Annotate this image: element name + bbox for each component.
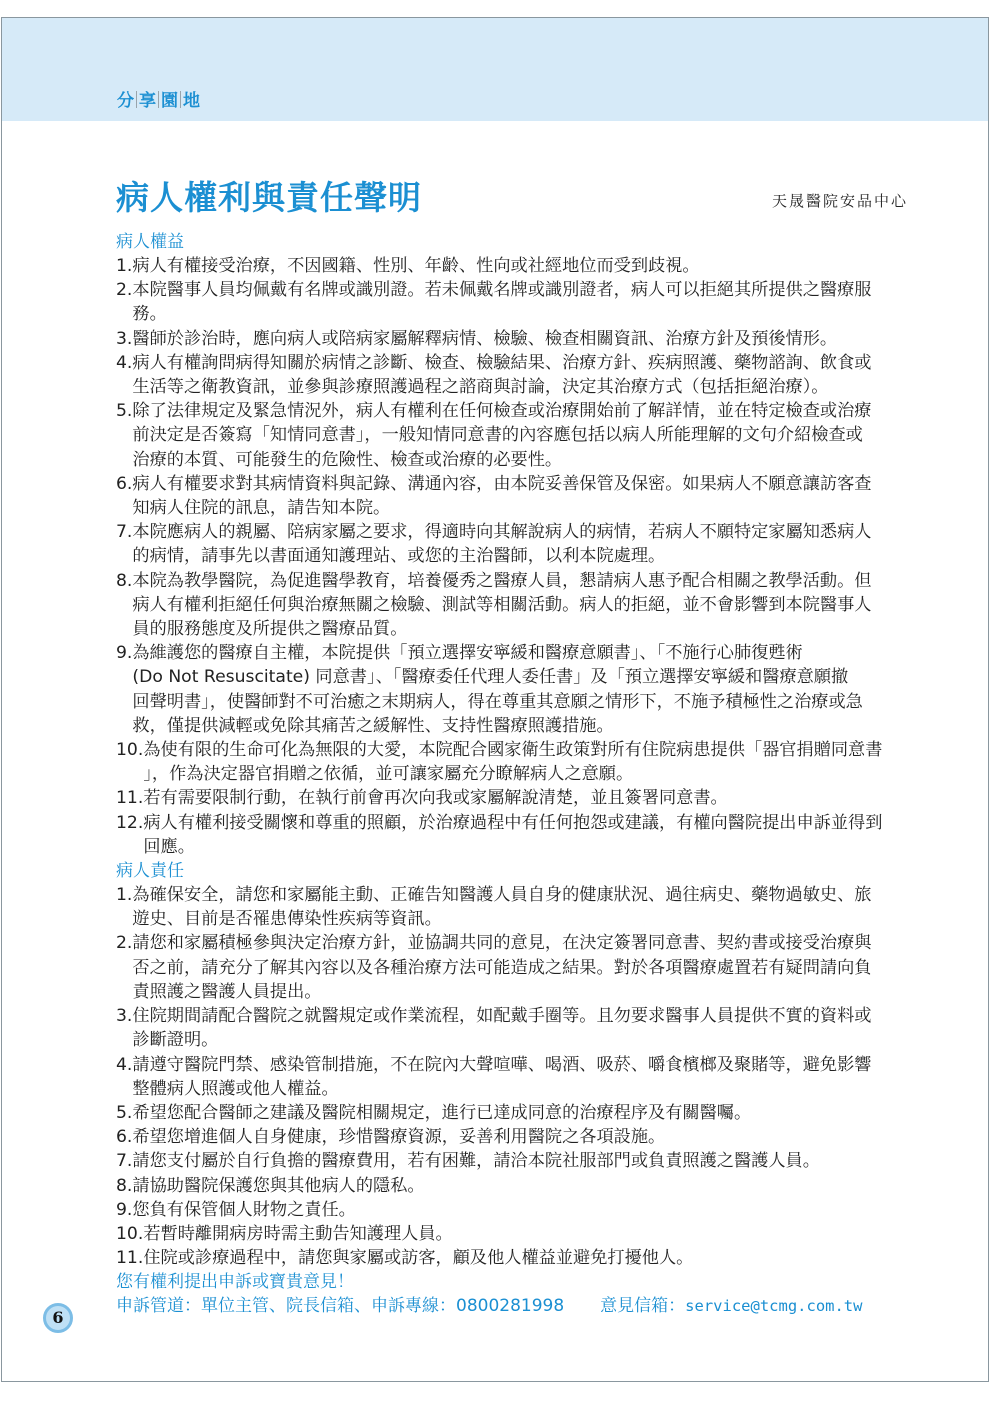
item-text-line: 務。 bbox=[132, 302, 916, 326]
list-item: 6.希望您增進個人自身健康，珍惜醫療資源，妥善利用醫院之各項設施。 bbox=[116, 1125, 916, 1149]
list-item: 3.住院期間請配合醫院之就醫規定或作業流程，如配戴手圈等。且勿要求醫事人員提供不… bbox=[116, 1004, 916, 1052]
item-number: 12. bbox=[116, 811, 143, 859]
item-text-line: 希望您增進個人自身健康，珍惜醫療資源，妥善利用醫院之各項設施。 bbox=[132, 1125, 916, 1149]
item-text-line: 診斷證明。 bbox=[132, 1028, 916, 1052]
divider bbox=[158, 91, 159, 108]
section-tag-char: 地 bbox=[182, 86, 201, 111]
item-text-line: 知病人住院的訊息，請告知本院。 bbox=[132, 496, 916, 520]
item-text-line: 希望您配合醫師之建議及醫院相關規定，進行已達成同意的治療程序及有關醫囑。 bbox=[132, 1101, 916, 1125]
hotline-number: 0800281998 bbox=[456, 1296, 564, 1316]
item-text-line: 為維護您的醫療自主權，本院提供「預立選擇安寧緩和醫療意願書」、「不施行心肺復甦術 bbox=[132, 641, 916, 665]
item-number: 4. bbox=[116, 351, 132, 399]
list-item: 1.病人有權接受治療，不因國籍、性別、年齡、性向或社經地位而受到歧視。 bbox=[116, 254, 916, 278]
item-number: 10. bbox=[116, 738, 143, 786]
list-item: 4.請遵守醫院門禁、感染管制措施，不在院內大聲喧嘩、喝酒、吸菸、嚼食檳榔及聚賭等… bbox=[116, 1053, 916, 1101]
item-text: 您負有保管個人財物之責任。 bbox=[132, 1198, 916, 1222]
item-text-line: 為確保安全，請您和家屬能主動、正確告知醫護人員自身的健康狀況、過往病史、藥物過敏… bbox=[132, 883, 916, 907]
page-title: 病人權利與責任聲明 bbox=[116, 172, 422, 219]
complaint-notice: 您有權利提出申訴或寶貴意見！ bbox=[116, 1270, 916, 1294]
item-text-line: 病人有權利接受關懷和尊重的照顧，於治療過程中有任何抱怨或建議，有權向醫院提出申訴… bbox=[143, 811, 916, 835]
author-credit: 天晟醫院安品中心 bbox=[772, 190, 908, 211]
section-tag-char: 分 bbox=[116, 86, 135, 111]
item-text-line: 病人有權接受治療，不因國籍、性別、年齡、性向或社經地位而受到歧視。 bbox=[132, 254, 916, 278]
item-text-line: 若有需要限制行動，在執行前會再次向我或家屬解說清楚，並且簽署同意書。 bbox=[143, 786, 916, 810]
item-text-line: 若暫時離開病房時需主動告知護理人員。 bbox=[143, 1222, 916, 1246]
list-item: 10.為使有限的生命可化為無限的大愛，本院配合國家衛生政策對所有住院病患提供「器… bbox=[116, 738, 916, 786]
item-text-line: (Do Not Resuscitate) 同意書」、「醫療委任代理人委任書」及「… bbox=[132, 665, 916, 689]
item-number: 6. bbox=[116, 1125, 132, 1149]
page-number-badge: 6 bbox=[43, 1303, 73, 1333]
list-item: 7.本院應病人的親屬、陪病家屬之要求，得適時向其解說病人的病情，若病人不願特定家… bbox=[116, 520, 916, 568]
item-text: 病人有權利接受關懷和尊重的照顧，於治療過程中有任何抱怨或建議，有權向醫院提出申訴… bbox=[143, 811, 916, 859]
item-number: 8. bbox=[116, 569, 132, 642]
item-text: 請協助醫院保護您與其他病人的隱私。 bbox=[132, 1174, 916, 1198]
list-item: 5.希望您配合醫師之建議及醫院相關規定，進行已達成同意的治療程序及有關醫囑。 bbox=[116, 1101, 916, 1125]
item-text-line: 您負有保管個人財物之責任。 bbox=[132, 1198, 916, 1222]
item-text: 醫師於診治時，應向病人或陪病家屬解釋病情、檢驗、檢查相關資訊、治療方針及預後情形… bbox=[132, 327, 916, 351]
article-body: 病人權益 1.病人有權接受治療，不因國籍、性別、年齡、性向或社經地位而受到歧視。… bbox=[116, 230, 916, 1318]
item-text: 病人有權要求對其病情資料與記錄、溝通內容，由本院妥善保管及保密。如果病人不願意讓… bbox=[132, 472, 916, 520]
item-number: 7. bbox=[116, 520, 132, 568]
item-text: 請您和家屬積極參與決定治療方針，並協調共同的意見，在決定簽署同意書、契約書或接受… bbox=[132, 931, 916, 1004]
item-text: 本院為教學醫院，為促進醫學教育，培養優秀之醫療人員，懇請病人惠予配合相關之教學活… bbox=[132, 569, 916, 642]
item-text-line: 請您支付屬於自行負擔的醫療費用，若有困難，請洽本院社服部門或負責照護之醫護人員。 bbox=[132, 1149, 916, 1173]
item-text: 除了法律規定及緊急情況外，病人有權利在任何檢查或治療開始前了解詳情，並在特定檢查… bbox=[132, 399, 916, 472]
rights-heading: 病人權益 bbox=[116, 230, 916, 254]
item-number: 6. bbox=[116, 472, 132, 520]
item-number: 3. bbox=[116, 1004, 132, 1052]
channels-label: 申訴管道：單位主管、院長信箱、申訴專線： bbox=[116, 1296, 456, 1316]
item-text-line: 否之前，請充分了解其內容以及各種治療方法可能造成之結果。對於各項醫療處置若有疑問… bbox=[132, 956, 916, 980]
item-text-line: 請遵守醫院門禁、感染管制措施，不在院內大聲喧嘩、喝酒、吸菸、嚼食檳榔及聚賭等，避… bbox=[132, 1053, 916, 1077]
divider bbox=[180, 91, 181, 108]
divider bbox=[136, 91, 137, 108]
item-text-line: 回應。 bbox=[143, 835, 916, 859]
section-tag-char: 享 bbox=[138, 86, 157, 111]
list-item: 10.若暫時離開病房時需主動告知護理人員。 bbox=[116, 1222, 916, 1246]
item-number: 3. bbox=[116, 327, 132, 351]
item-text: 為使有限的生命可化為無限的大愛，本院配合國家衛生政策對所有住院病患提供「器官捐贈… bbox=[143, 738, 916, 786]
list-item: 6.病人有權要求對其病情資料與記錄、溝通內容，由本院妥善保管及保密。如果病人不願… bbox=[116, 472, 916, 520]
responsibilities-heading: 病人責任 bbox=[116, 859, 916, 883]
item-text-line: 」，作為決定器官捐贈之依循，並可讓家屬充分瞭解病人之意願。 bbox=[143, 762, 916, 786]
list-item: 8.本院為教學醫院，為促進醫學教育，培養優秀之醫療人員，懇請病人惠予配合相關之教… bbox=[116, 569, 916, 642]
item-number: 5. bbox=[116, 399, 132, 472]
item-text-line: 住院期間請配合醫院之就醫規定或作業流程，如配戴手圈等。且勿要求醫事人員提供不實的… bbox=[132, 1004, 916, 1028]
item-text: 本院醫事人員均佩戴有名牌或識別證。若未佩戴名牌或識別證者，病人可以拒絕其所提供之… bbox=[132, 278, 916, 326]
list-item: 11.住院或診療過程中，請您與家屬或訪客，顧及他人權益並避免打擾他人。 bbox=[116, 1246, 916, 1270]
item-text-line: 醫師於診治時，應向病人或陪病家屬解釋病情、檢驗、檢查相關資訊、治療方針及預後情形… bbox=[132, 327, 916, 351]
list-item: 7.請您支付屬於自行負擔的醫療費用，若有困難，請洽本院社服部門或負責照護之醫護人… bbox=[116, 1149, 916, 1173]
list-item: 5.除了法律規定及緊急情況外，病人有權利在任何檢查或治療開始前了解詳情，並在特定… bbox=[116, 399, 916, 472]
item-text-line: 治療的本質、可能發生的危險性、檢查或治療的必要性。 bbox=[132, 448, 916, 472]
item-text-line: 責照護之醫護人員提出。 bbox=[132, 980, 916, 1004]
section-tag: 分享園地 bbox=[116, 86, 201, 111]
list-item: 9.您負有保管個人財物之責任。 bbox=[116, 1198, 916, 1222]
item-number: 1. bbox=[116, 883, 132, 931]
item-text-line: 本院應病人的親屬、陪病家屬之要求，得適時向其解說病人的病情，若病人不願特定家屬知… bbox=[132, 520, 916, 544]
item-text-line: 病人有權要求對其病情資料與記錄、溝通內容，由本院妥善保管及保密。如果病人不願意讓… bbox=[132, 472, 916, 496]
item-number: 11. bbox=[116, 1246, 143, 1270]
item-text: 住院期間請配合醫院之就醫規定或作業流程，如配戴手圈等。且勿要求醫事人員提供不實的… bbox=[132, 1004, 916, 1052]
list-item: 2.請您和家屬積極參與決定治療方針，並協調共同的意見，在決定簽署同意書、契約書或… bbox=[116, 931, 916, 1004]
item-number: 11. bbox=[116, 786, 143, 810]
item-text: 請遵守醫院門禁、感染管制措施，不在院內大聲喧嘩、喝酒、吸菸、嚼食檳榔及聚賭等，避… bbox=[132, 1053, 916, 1101]
item-text: 請您支付屬於自行負擔的醫療費用，若有困難，請洽本院社服部門或負責照護之醫護人員。 bbox=[132, 1149, 916, 1173]
list-item: 9.為維護您的醫療自主權，本院提供「預立選擇安寧緩和醫療意願書」、「不施行心肺復… bbox=[116, 641, 916, 738]
item-number: 2. bbox=[116, 931, 132, 1004]
item-text: 為維護您的醫療自主權，本院提供「預立選擇安寧緩和醫療意願書」、「不施行心肺復甦術… bbox=[132, 641, 916, 738]
item-text-line: 為使有限的生命可化為無限的大愛，本院配合國家衛生政策對所有住院病患提供「器官捐贈… bbox=[143, 738, 916, 762]
item-text-line: 遊史、目前是否罹患傳染性疾病等資訊。 bbox=[132, 907, 916, 931]
item-number: 9. bbox=[116, 1198, 132, 1222]
item-text: 為確保安全，請您和家屬能主動、正確告知醫護人員自身的健康狀況、過往病史、藥物過敏… bbox=[132, 883, 916, 931]
item-text-line: 本院為教學醫院，為促進醫學教育，培養優秀之醫療人員，懇請病人惠予配合相關之教學活… bbox=[132, 569, 916, 593]
list-item: 2.本院醫事人員均佩戴有名牌或識別證。若未佩戴名牌或識別證者，病人可以拒絕其所提… bbox=[116, 278, 916, 326]
item-text-line: 員的服務態度及所提供之醫療品質。 bbox=[132, 617, 916, 641]
list-item: 11.若有需要限制行動，在執行前會再次向我或家屬解說清楚，並且簽署同意書。 bbox=[116, 786, 916, 810]
header-band: 分享園地 bbox=[2, 18, 988, 121]
responsibilities-list: 1.為確保安全，請您和家屬能主動、正確告知醫護人員自身的健康狀況、過往病史、藥物… bbox=[116, 883, 916, 1270]
item-text-line: 整體病人照護或他人權益。 bbox=[132, 1077, 916, 1101]
section-tag-char: 園 bbox=[160, 86, 179, 111]
item-text: 病人有權接受治療，不因國籍、性別、年齡、性向或社經地位而受到歧視。 bbox=[132, 254, 916, 278]
item-text-line: 回聲明書」，使醫師對不可治癒之末期病人，得在尊重其意願之情形下，不施予積極性之治… bbox=[132, 690, 916, 714]
item-text-line: 請協助醫院保護您與其他病人的隱私。 bbox=[132, 1174, 916, 1198]
item-text-line: 救，僅提供減輕或免除其痛苦之緩解性、支持性醫療照護措施。 bbox=[132, 714, 916, 738]
item-text-line: 請您和家屬積極參與決定治療方針，並協調共同的意見，在決定簽署同意書、契約書或接受… bbox=[132, 931, 916, 955]
item-text-line: 病人有權利拒絕任何與治療無關之檢驗、測試等相關活動。病人的拒絕，並不會影響到本院… bbox=[132, 593, 916, 617]
item-text-line: 生活等之衛教資訊，並參與診療照護過程之諮商與討論，決定其治療方式（包括拒絕治療）… bbox=[132, 375, 916, 399]
item-text-line: 前決定是否簽寫「知情同意書」，一般知情同意書的內容應包括以病人所能理解的文句介紹… bbox=[132, 423, 916, 447]
item-text-line: 本院醫事人員均佩戴有名牌或識別證。若未佩戴名牌或識別證者，病人可以拒絕其所提供之… bbox=[132, 278, 916, 302]
rights-list: 1.病人有權接受治療，不因國籍、性別、年齡、性向或社經地位而受到歧視。2.本院醫… bbox=[116, 254, 916, 859]
item-text: 希望您配合醫師之建議及醫院相關規定，進行已達成同意的治療程序及有關醫囑。 bbox=[132, 1101, 916, 1125]
item-text: 希望您增進個人自身健康，珍惜醫療資源，妥善利用醫院之各項設施。 bbox=[132, 1125, 916, 1149]
item-text-line: 除了法律規定及緊急情況外，病人有權利在任何檢查或治療開始前了解詳情，並在特定檢查… bbox=[132, 399, 916, 423]
item-text-line: 病人有權詢問病得知關於病情之診斷、檢查、檢驗結果、治療方針、疾病照護、藥物諮詢、… bbox=[132, 351, 916, 375]
item-text: 若有需要限制行動，在執行前會再次向我或家屬解說清楚，並且簽署同意書。 bbox=[143, 786, 916, 810]
item-text-line: 的病情，請事先以書面通知護理站、或您的主治醫師，以利本院處理。 bbox=[132, 544, 916, 568]
item-text-line: 住院或診療過程中，請您與家屬或訪客，顧及他人權益並避免打擾他人。 bbox=[143, 1246, 916, 1270]
item-text: 住院或診療過程中，請您與家屬或訪客，顧及他人權益並避免打擾他人。 bbox=[143, 1246, 916, 1270]
email-link[interactable]: service@tcmg.com.tw bbox=[685, 1297, 862, 1315]
item-number: 7. bbox=[116, 1149, 132, 1173]
item-number: 9. bbox=[116, 641, 132, 738]
item-number: 8. bbox=[116, 1174, 132, 1198]
list-item: 3.醫師於診治時，應向病人或陪病家屬解釋病情、檢驗、檢查相關資訊、治療方針及預後… bbox=[116, 327, 916, 351]
list-item: 8.請協助醫院保護您與其他病人的隱私。 bbox=[116, 1174, 916, 1198]
item-number: 2. bbox=[116, 278, 132, 326]
list-item: 4.病人有權詢問病得知關於病情之診斷、檢查、檢驗結果、治療方針、疾病照護、藥物諮… bbox=[116, 351, 916, 399]
item-number: 1. bbox=[116, 254, 132, 278]
item-text: 若暫時離開病房時需主動告知護理人員。 bbox=[143, 1222, 916, 1246]
item-text: 病人有權詢問病得知關於病情之診斷、檢查、檢驗結果、治療方針、疾病照護、藥物諮詢、… bbox=[132, 351, 916, 399]
list-item: 12.病人有權利接受關懷和尊重的照顧，於治療過程中有任何抱怨或建議，有權向醫院提… bbox=[116, 811, 916, 859]
email-label: 意見信箱： bbox=[600, 1296, 685, 1316]
item-text: 本院應病人的親屬、陪病家屬之要求，得適時向其解說病人的病情，若病人不願特定家屬知… bbox=[132, 520, 916, 568]
list-item: 1.為確保安全，請您和家屬能主動、正確告知醫護人員自身的健康狀況、過往病史、藥物… bbox=[116, 883, 916, 931]
item-number: 10. bbox=[116, 1222, 143, 1246]
item-number: 4. bbox=[116, 1053, 132, 1101]
page: 分享園地 病人權利與責任聲明 天晟醫院安品中心 病人權益 1.病人有權接受治療，… bbox=[1, 17, 989, 1382]
item-number: 5. bbox=[116, 1101, 132, 1125]
complaint-channels: 申訴管道：單位主管、院長信箱、申訴專線：0800281998意見信箱：servi… bbox=[116, 1294, 916, 1318]
